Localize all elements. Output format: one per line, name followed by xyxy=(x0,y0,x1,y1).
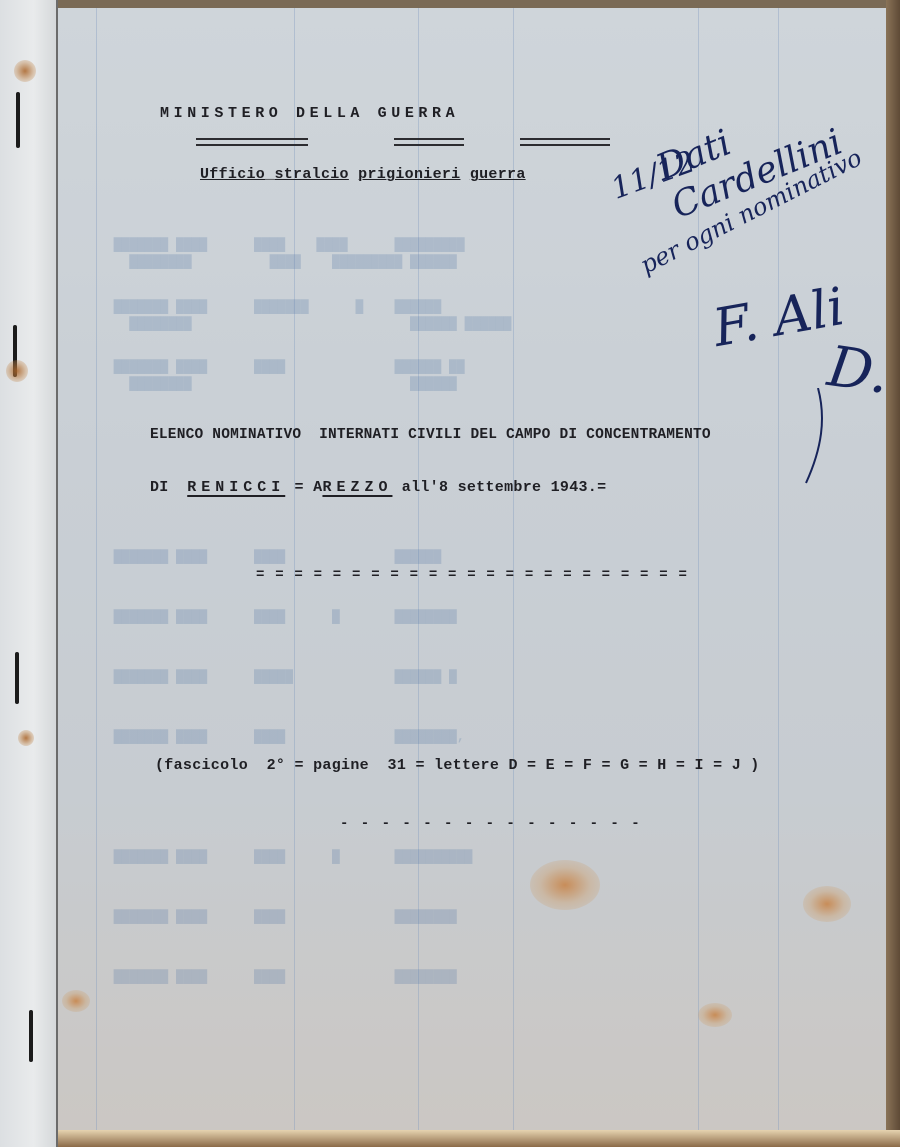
office-word: stralcio xyxy=(274,166,348,183)
staple xyxy=(15,652,19,704)
bleed-through-text: ███████ ████ ████ █ ██████████ xyxy=(98,848,472,865)
camp-name: RENICCI xyxy=(187,479,285,496)
rust-spot xyxy=(14,60,36,82)
list-title-line2: DI RENICCI = AREZZO all'8 settembre 1943… xyxy=(150,479,606,496)
page-edge-right xyxy=(886,0,900,1147)
ministry-underline xyxy=(196,138,308,146)
bleed-through-text: ███████ ████ ████ ████ █████████ ███████… xyxy=(98,236,465,270)
bleed-through-text: ███████ ████ ███████ █ ██████ ████████ █… xyxy=(98,298,511,332)
ruled-line xyxy=(96,8,97,1134)
office-word: guerra xyxy=(470,166,526,183)
office-word: prigionieri xyxy=(358,166,460,183)
ministry-heading: MINISTERO DELLA GUERRA xyxy=(160,105,459,122)
handwritten-bracket-stroke xyxy=(798,388,838,488)
staple xyxy=(29,1010,33,1062)
bleed-through-text: ███████ ████ ████ ██████ xyxy=(98,548,441,565)
handwritten-signature: F. Ali xyxy=(709,277,849,359)
rust-spot xyxy=(6,360,28,382)
bleed-through-text: ███████ ████ ████ █ ████████ xyxy=(98,608,457,625)
title-prefix: DI xyxy=(150,479,178,496)
office-word: Ufficio xyxy=(200,166,265,183)
bleed-through-text: ███████ ████ ████ ██████ ██ ████████ ███… xyxy=(98,358,465,392)
rust-stain xyxy=(62,990,90,1012)
bleed-through-text: ███████ ████ ████ ████████, xyxy=(98,728,465,745)
equals-separator: = = = = = = = = = = = = = = = = = = = = … xyxy=(256,567,688,583)
dash-separator: - - - - - - - - - - - - - - - xyxy=(340,816,642,832)
list-title-line1: ELENCO NOMINATIVO INTERNATI CIVILI DEL C… xyxy=(150,427,711,443)
ministry-underline xyxy=(394,138,464,146)
rust-stain xyxy=(698,1003,732,1027)
office-subheading: Ufficio_stralcio prigionieri guerra xyxy=(200,166,526,183)
bleed-through-text: ███████ ████ ████ ████████ xyxy=(98,968,457,985)
title-date: all'8 settembre 1943.= xyxy=(392,479,606,496)
binding-strip xyxy=(0,0,58,1147)
rust-spot xyxy=(18,730,34,746)
document-page: ███████ ████ ████ ████ █████████ ███████… xyxy=(58,8,890,1134)
rust-stain xyxy=(530,860,600,910)
bleed-through-text: ███████ ████ █████ ██████ █ xyxy=(98,668,457,685)
title-separator: = xyxy=(285,479,313,496)
staple xyxy=(16,92,20,148)
page-edge-bottom xyxy=(58,1130,900,1147)
ministry-underline xyxy=(520,138,610,146)
bleed-through-text: ███████ ████ ████ ████████ xyxy=(98,908,457,925)
location-name: REZZO xyxy=(322,479,392,496)
fascicle-info: (fascicolo 2° = pagine 31 = lettere D = … xyxy=(155,757,760,774)
rust-stain xyxy=(803,886,851,922)
